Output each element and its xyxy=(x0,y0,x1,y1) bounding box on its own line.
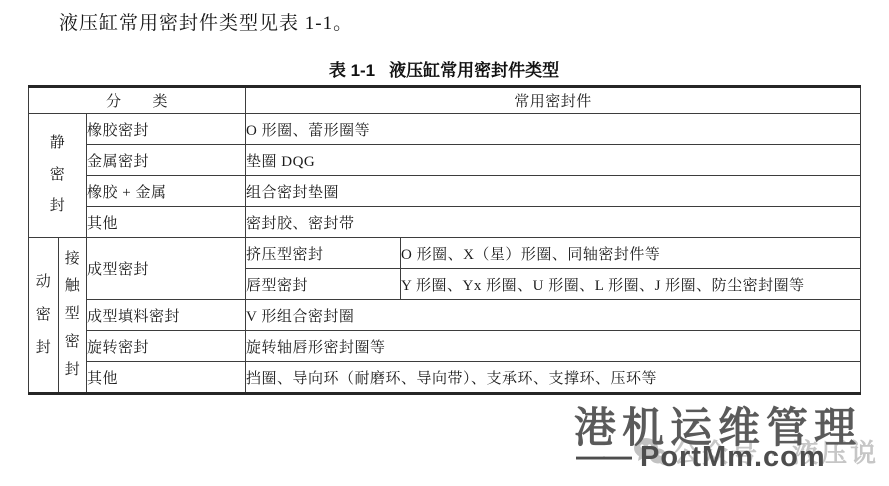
contact-seal-subgroup-cell: 接触型密封 xyxy=(59,238,87,394)
dynamic-seal-group-cell: 动密封 xyxy=(29,238,59,394)
seals-cell: 组合密封垫圈 xyxy=(246,176,861,207)
table-row: 其他 密封胶、密封带 xyxy=(29,207,861,238)
category-cell: 橡胶密封 xyxy=(87,114,246,145)
table-row: 静密封 橡胶密封 O 形圈、蕾形圈等 xyxy=(29,114,861,145)
header-cell-common-seals: 常用密封件 xyxy=(246,87,861,114)
header-cell-classification: 分 类 xyxy=(29,87,246,114)
seals-cell: Y 形圈、Yx 形圈、U 形圈、L 形圈、J 形圈、防尘密封圈等 xyxy=(401,269,861,300)
table-row: 其他 挡圈、导向环（耐磨环、导向带）、支承环、支撑环、压环等 xyxy=(29,362,861,394)
table-row: 橡胶 + 金属 组合密封垫圈 xyxy=(29,176,861,207)
intro-text: 液压缸常用密封件类型见表 1-1。 xyxy=(59,8,353,35)
seals-cell: O 形圈、蕾形圈等 xyxy=(246,114,861,145)
seals-cell: O 形圈、X（星）形圈、同轴密封件等 xyxy=(401,238,861,269)
category-cell: 成型密封 xyxy=(87,238,246,300)
subtype-cell: 唇型密封 xyxy=(246,269,401,300)
category-cell: 橡胶 + 金属 xyxy=(87,176,246,207)
seals-cell: 挡圈、导向环（耐磨环、导向带）、支承环、支撑环、压环等 xyxy=(246,362,861,394)
dynamic-seal-group-label: 动密封 xyxy=(36,266,52,365)
table-caption-label: 表 1-1 xyxy=(329,61,375,80)
table-row: 动密封 接触型密封 成型密封 挤压型密封 O 形圈、X（星）形圈、同轴密封件等 xyxy=(29,238,861,269)
category-cell: 其他 xyxy=(87,207,246,238)
table-row: 成型填料密封 V 形组合密封圈 xyxy=(29,300,861,331)
category-cell: 旋转密封 xyxy=(87,331,246,362)
category-cell: 金属密封 xyxy=(87,145,246,176)
static-seal-group-cell: 静密封 xyxy=(29,114,87,238)
seals-cell: 垫圈 DQG xyxy=(246,145,861,176)
seal-types-table: 分 类 常用密封件 静密封 橡胶密封 O 形圈、蕾形圈等 金属密封 垫圈 DQG… xyxy=(28,85,861,395)
table-row: 金属密封 垫圈 DQG xyxy=(29,145,861,176)
seals-cell: 旋转轴唇形密封圈等 xyxy=(246,331,861,362)
subtype-cell: 挤压型密封 xyxy=(246,238,401,269)
category-cell: 成型填料密封 xyxy=(87,300,246,331)
seals-cell: V 形组合密封圈 xyxy=(246,300,861,331)
table-caption: 表 1-1液压缸常用密封件类型 xyxy=(28,56,860,81)
table-caption-title: 液压缸常用密封件类型 xyxy=(389,61,559,80)
static-seal-group-label: 静密封 xyxy=(50,128,66,223)
seals-cell: 密封胶、密封带 xyxy=(246,207,861,238)
contact-seal-subgroup-label: 接触型密封 xyxy=(65,246,81,385)
table-header-row: 分 类 常用密封件 xyxy=(29,87,861,114)
watermark-brand-text: 港机运维管理 xyxy=(574,395,862,455)
table-row: 旋转密封 旋转轴唇形密封圈等 xyxy=(29,331,861,362)
category-cell: 其他 xyxy=(87,362,246,394)
